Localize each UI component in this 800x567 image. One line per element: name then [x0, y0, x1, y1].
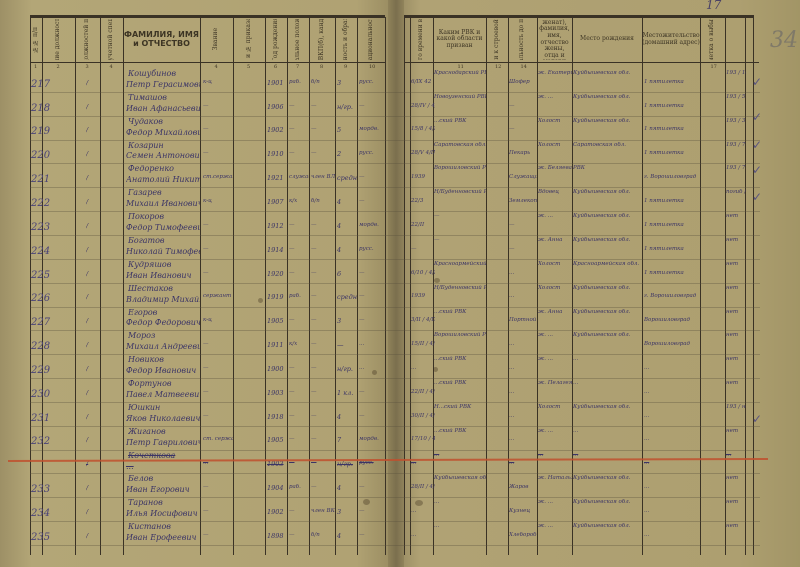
check-mark: / — [86, 317, 100, 325]
family-status: Холост — [538, 142, 572, 148]
column-header: Местожительство (домашний адрес) — [642, 19, 700, 60]
party: — — [311, 126, 335, 132]
given-names: Федор Иванович — [126, 366, 200, 375]
party: — — [311, 317, 335, 323]
family-status: ж. Анна — [538, 237, 572, 243]
home-address: 1 пятилетка — [644, 270, 700, 276]
family-status: ж. ... — [538, 428, 572, 434]
given-names: Семен Антонович — [126, 151, 200, 160]
ink-stain — [363, 499, 370, 505]
birth-year: 1910 — [267, 150, 289, 158]
birthplace: Куйбышевская обл. — [573, 189, 641, 195]
home-address: ... — [644, 365, 700, 371]
education: 1 кл. — [337, 389, 357, 397]
social-status: служащий — [289, 174, 309, 180]
rank: — — [203, 508, 233, 514]
family-status: ж. ... — [538, 356, 572, 362]
surname: Газарев — [128, 188, 198, 197]
birth-year: 1901 — [267, 79, 289, 87]
given-names: Владимир Михайлович — [126, 295, 200, 304]
social-status: — — [289, 436, 309, 442]
column-header — [725, 19, 745, 60]
column-number: 3 — [86, 64, 89, 70]
discharge-note: нет — [726, 428, 746, 434]
header-bottom-rule — [404, 62, 759, 63]
page-number: 17 — [706, 0, 721, 12]
surname: Кистанов — [128, 522, 198, 531]
birth-year: 1905 — [267, 436, 289, 444]
column-header: Грамотность и образование — [335, 19, 357, 60]
birth-year: 1907 — [267, 198, 289, 206]
social-status: — — [289, 413, 309, 419]
family-status: ж. ... — [538, 94, 572, 100]
rank: сержант — [203, 293, 233, 299]
civil-specialty: ... — [509, 293, 537, 299]
service-since: 22/II — [411, 222, 435, 228]
civil-specialty: ... — [509, 270, 537, 276]
social-status: — — [289, 246, 309, 252]
column-header: С какого времени в армии — [410, 19, 433, 60]
nationality: — — [359, 270, 385, 276]
home-address: 1 пятилетка — [644, 150, 700, 156]
nationality: русс. — [359, 150, 385, 156]
birthplace: Куйбышевская обл. — [573, 237, 641, 243]
civil-specialty: ... — [509, 389, 537, 395]
family-status: ... — [538, 452, 572, 458]
column-number: 14 — [521, 64, 527, 70]
column-number: 6 — [274, 64, 277, 70]
draft-office: ...ский РВК — [434, 380, 486, 386]
draft-office: Ворошиловский РВК — [434, 165, 486, 171]
birthplace: Куйбышевская обл. — [573, 118, 641, 124]
birthplace: Куйбышевская обл. — [573, 285, 641, 291]
family-status: Холост — [538, 285, 572, 291]
service-since: ... — [411, 508, 435, 514]
column-number: 7 — [296, 64, 299, 70]
row-number: 233 — [31, 484, 59, 495]
row-number: 229 — [31, 365, 59, 376]
given-names: Яков Николаевич — [126, 414, 200, 423]
surname: Тимашов — [128, 93, 198, 102]
draft-office: ...ский РВК — [434, 118, 486, 124]
surname: Кудряшов — [128, 260, 198, 269]
social-status: — — [289, 317, 309, 323]
family-status: ж. Анна — [538, 309, 572, 315]
service-since: 3/II / 4/IX — [411, 317, 435, 323]
education: 7 — [337, 436, 357, 444]
surname: Кошубинов — [128, 69, 198, 78]
draft-office: Красноармейский РВК — [434, 261, 486, 267]
column-header: Отметка о выбытии — [700, 19, 725, 60]
civil-specialty: — — [509, 222, 537, 228]
birthplace: Куйбышевская обл. — [573, 523, 641, 529]
column-number: 1 — [34, 64, 37, 70]
given-names: ... — [126, 462, 200, 471]
row-number: 234 — [31, 508, 59, 519]
service-since: 6/10 / 4/IX — [411, 270, 435, 276]
column-header: №№ п/п — [30, 19, 42, 60]
check-mark: / — [86, 508, 100, 516]
education: н/гр. — [337, 460, 357, 468]
rank: к-ц — [203, 79, 233, 85]
home-address: ... — [644, 436, 700, 442]
education: 3 — [337, 79, 357, 87]
given-names: Михаил Андреевич — [126, 342, 200, 351]
check-mark: / — [86, 413, 100, 421]
check-icon: ✓ — [752, 75, 762, 89]
social-status: — — [289, 150, 309, 156]
header-bottom-rule — [30, 62, 385, 63]
ink-stain — [258, 298, 263, 303]
row-number: 225 — [31, 270, 59, 281]
given-names: Федор Михайлович — [126, 128, 200, 137]
home-address: 1 пятилетка — [644, 79, 700, 85]
rank: — — [203, 150, 233, 156]
education: 2 — [337, 150, 357, 158]
nationality: русс. — [359, 79, 385, 85]
service-since: 1939 — [411, 174, 435, 180]
nationality: русс. — [359, 460, 385, 466]
party: — — [311, 150, 335, 156]
nationality: — — [359, 198, 385, 204]
draft-office: — — [434, 237, 486, 243]
row-number: 217 — [31, 79, 59, 90]
home-address: ... — [644, 413, 700, 419]
home-address: 1 пятилетка — [644, 246, 700, 252]
ink-stain — [372, 370, 377, 375]
party: — — [311, 365, 335, 371]
row-number: 235 — [31, 532, 59, 543]
row-rule — [30, 545, 760, 546]
draft-office: ... — [434, 523, 486, 529]
birthplace: РВК — [573, 165, 641, 171]
home-address: ... — [644, 532, 700, 538]
draft-office: ...ский РВК — [434, 428, 486, 434]
row-number: 220 — [31, 150, 59, 161]
check-mark: / — [86, 246, 100, 254]
check-icon: ✓ — [752, 110, 762, 124]
rank: — — [203, 341, 233, 347]
civil-specialty: ... — [509, 460, 537, 466]
civil-specialty: Служащий — [509, 174, 537, 180]
given-names: Петр Герасимович — [126, 80, 200, 89]
family-status: Холост — [538, 404, 572, 410]
party: — — [311, 293, 335, 299]
service-since: 30/II / 4/IX — [411, 413, 435, 419]
rank: ст. сержант — [203, 436, 233, 442]
column-header: Семейное положение (холост, женат), фами… — [537, 19, 572, 60]
row-number: 230 — [31, 389, 59, 400]
birth-year: 1900 — [267, 365, 289, 373]
draft-office: Саратовская обл. — [434, 142, 486, 148]
discharge-note: 193 / 3.06 — [726, 118, 746, 124]
service-since: ... — [411, 532, 435, 538]
rank: ст.сержант — [203, 174, 233, 180]
discharge-note: нет — [726, 213, 746, 219]
birthplace: ... — [573, 356, 641, 362]
discharge-note: 193 / 5.06 — [726, 94, 746, 100]
rank: к-ц — [203, 317, 233, 323]
party: член ВЛКСМ — [311, 174, 335, 180]
social-status: — — [289, 222, 309, 228]
birthplace: ... — [573, 428, 641, 434]
birth-year: 1911 — [267, 341, 289, 349]
check-icon: ✓ — [752, 163, 762, 177]
column-number: 5 — [247, 64, 250, 70]
birth-year: 1903 — [267, 460, 289, 468]
social-status: — — [289, 508, 309, 514]
row-number: 224 — [31, 246, 59, 257]
discharge-note: нет — [726, 237, 746, 243]
discharge-note: нет — [726, 356, 746, 362]
nationality: — — [359, 103, 385, 109]
party: б/п — [311, 79, 335, 85]
discharge-note: нет — [726, 499, 746, 505]
birthplace: Куйбышевская обл. — [573, 309, 641, 315]
nationality: — — [359, 174, 385, 180]
rank: — — [203, 103, 233, 109]
row-number: 222 — [31, 198, 59, 209]
discharge-note: нет — [726, 332, 746, 338]
draft-office: Куйбышевская обл. — [434, 475, 486, 481]
check-mark: / — [86, 174, 100, 182]
check-mark: / — [86, 484, 100, 492]
column-header: Годен ли к строевой службе — [486, 19, 508, 60]
education: 4 — [337, 198, 357, 206]
surname: Новиков — [128, 355, 198, 364]
surname: Мороз — [128, 331, 198, 340]
social-status: — — [289, 389, 309, 395]
draft-office: ... — [434, 452, 486, 458]
rank: — — [203, 389, 233, 395]
home-address: 1 пятилетка — [644, 126, 700, 132]
rank: — — [203, 270, 233, 276]
birth-year: 1919 — [267, 293, 289, 301]
service-since: 28/V 4/IX — [411, 150, 435, 156]
given-names: Николай Тимофеевич — [126, 247, 200, 256]
given-names: Петр Гаврилович — [126, 438, 200, 447]
draft-office: ... — [434, 499, 486, 505]
nationality: — — [359, 293, 385, 299]
birthplace: Куйбышевская обл. — [573, 332, 641, 338]
given-names: Анатолий Никитович — [126, 175, 200, 184]
column-header: Наименование должностей по штату — [42, 19, 75, 60]
check-icon: ✓ — [752, 138, 762, 152]
service-since: 1939 — [411, 293, 435, 299]
row-number: 228 — [31, 341, 59, 352]
home-address: ... — [644, 484, 700, 490]
civil-specialty: Пекарь — [509, 150, 537, 156]
column-number: 10 — [369, 64, 375, 70]
birth-year: 1921 — [267, 174, 289, 182]
social-status: раб. — [289, 484, 309, 490]
education: 4 — [337, 413, 357, 421]
check-mark: / — [86, 270, 100, 278]
column-header: Специальность до призыва — [508, 19, 537, 60]
column-header: Национальность — [357, 19, 385, 60]
education: 4 — [337, 484, 357, 492]
service-since: ... — [411, 460, 435, 466]
nationality: — — [359, 389, 385, 395]
header-rule — [30, 15, 385, 18]
birthplace: Красноармейская обл. — [573, 261, 641, 267]
family-status: Холост — [538, 261, 572, 267]
draft-office: Новоузенский РВК — [434, 94, 486, 100]
civil-specialty: — — [509, 103, 537, 109]
family-status: ж. ... — [538, 523, 572, 529]
column-header: Год рождения — [265, 19, 287, 60]
birth-year: 1903 — [267, 389, 289, 397]
home-address: ... — [644, 460, 700, 466]
party: — — [311, 436, 335, 442]
home-address: 1 пятилетка — [644, 103, 700, 109]
row-number: 232 — [31, 436, 59, 447]
social-status: — — [289, 126, 309, 132]
row-number: 231 — [31, 413, 59, 424]
discharge-note: погиб / 5.06 — [726, 189, 746, 195]
home-address: Ворошиловград — [644, 317, 700, 323]
birth-year: 1904 — [267, 484, 289, 492]
given-names: Иван Иванович — [126, 271, 200, 280]
birth-year: 1905 — [267, 317, 289, 325]
discharge-note: нет — [726, 309, 746, 315]
discharge-note: нет — [726, 261, 746, 267]
birthplace: Куйбышевская обл. — [573, 404, 641, 410]
education: н/гр. — [337, 103, 357, 111]
family-status: ж. Беляева — [538, 165, 572, 171]
surname: Белов — [128, 474, 198, 483]
draft-office: ...ский РВК — [434, 309, 486, 315]
birth-year: 1914 — [267, 246, 289, 254]
birthplace: Куйбышевская обл. — [573, 94, 641, 100]
ledger-spread: 17 34 №№ п/п1Наименование должностей по … — [0, 0, 800, 567]
column-header: Каким РВК и какой области призван — [433, 19, 486, 60]
party: — — [311, 246, 335, 252]
social-status: — — [289, 532, 309, 538]
pencil-annotation: 34 — [770, 28, 798, 53]
social-status: — — [289, 365, 309, 371]
check-mark: / — [86, 150, 100, 158]
civil-specialty: ... — [509, 413, 537, 419]
home-address: Ворошиловград — [644, 341, 700, 347]
row-number: 221 — [31, 174, 59, 185]
column-number: 12 — [495, 64, 501, 70]
check-mark: / — [86, 389, 100, 397]
civil-specialty: Жаров — [509, 484, 537, 490]
social-status: к/х — [289, 341, 309, 347]
given-names: Михаил Иванович — [126, 199, 200, 208]
education: 3 — [337, 317, 357, 325]
column-header: Партийность (член ВКП(б), кандидат, член… — [309, 19, 335, 60]
service-since: 22/3 — [411, 198, 435, 204]
ink-stain — [434, 278, 440, 283]
column-number: 9 — [344, 64, 347, 70]
given-names: Иван Егорович — [126, 485, 200, 494]
surname: Кочеткова — [128, 451, 198, 460]
civil-specialty: Землекоп — [509, 198, 537, 204]
check-mark: / — [86, 293, 100, 301]
education: 3 — [337, 508, 357, 516]
civil-specialty: ... — [509, 365, 537, 371]
rank: — — [203, 126, 233, 132]
civil-specialty: Хлебороб — [509, 532, 537, 538]
discharge-note: 193 / 7.06 — [726, 165, 746, 171]
birthplace: Куйбышевская обл. — [573, 70, 641, 76]
education: 4 — [337, 532, 357, 540]
rank: к-ц — [203, 198, 233, 204]
check-mark: / — [86, 198, 100, 206]
civil-specialty: Шофер — [509, 79, 537, 85]
column-number: 2 — [57, 64, 60, 70]
ink-stain — [433, 367, 438, 372]
header-rule — [404, 15, 754, 18]
row-number: 218 — [31, 103, 59, 114]
nationality: русс. — [359, 246, 385, 252]
column-number: 4 — [215, 64, 218, 70]
row-number: 227 — [31, 317, 59, 328]
service-since: — — [411, 246, 435, 252]
civil-specialty: ... — [509, 341, 537, 347]
given-names: Павел Матвеевич — [126, 390, 200, 399]
service-since: 15/II / 4/IX — [411, 341, 435, 347]
check-mark: / — [86, 436, 100, 444]
rank: — — [203, 246, 233, 252]
social-status: раб. — [289, 79, 309, 85]
party: — — [311, 103, 335, 109]
civil-specialty: Портной — [509, 317, 537, 323]
rank: — — [203, 532, 233, 538]
surname: Богатов — [128, 236, 198, 245]
family-status: Вдовец — [538, 189, 572, 195]
draft-office: ...ский РВК — [434, 356, 486, 362]
civil-specialty: — — [509, 246, 537, 252]
column-header: ФАМИЛИЯ, ИМЯ и ОТЧЕСТВО — [123, 19, 200, 60]
column-number: 17 — [711, 64, 717, 70]
party: — — [311, 484, 335, 490]
social-status: — — [289, 270, 309, 276]
nationality: — — [359, 484, 385, 490]
discharge-note: 193 / нет — [726, 404, 746, 410]
civil-specialty: — — [509, 126, 537, 132]
home-address: г. Ворошиловград — [644, 293, 700, 299]
column-header: Число должностей по штату — [75, 19, 100, 60]
row-number: 223 — [31, 222, 59, 233]
column-number: 8 — [320, 64, 323, 70]
surname: Козарин — [128, 141, 198, 150]
nationality: — — [359, 508, 385, 514]
draft-office: — — [434, 213, 486, 219]
draft-office: Краснодарский РВК — [434, 70, 486, 76]
check-mark: / — [86, 222, 100, 230]
check-mark: / — [86, 79, 100, 87]
check-mark: / — [86, 126, 100, 134]
ink-stain — [415, 500, 423, 506]
surname: Жиганов — [128, 427, 198, 436]
column-header: Время назначения и № приказа части или о… — [233, 19, 265, 60]
family-status: Холост — [538, 118, 572, 124]
nationality: мордв. — [359, 126, 385, 132]
given-names: Иван Афанасьевич — [126, 104, 200, 113]
surname: Юшкин — [128, 403, 198, 412]
rank: — — [203, 413, 233, 419]
civil-specialty: ... — [509, 436, 537, 442]
nationality: — — [359, 317, 385, 323]
column-header: Место рождения — [572, 19, 642, 60]
check-mark: / — [86, 365, 100, 373]
nationality: мордв. — [359, 436, 385, 442]
party: член ВКП(б) — [311, 508, 335, 514]
birth-year: 1920 — [267, 270, 289, 278]
